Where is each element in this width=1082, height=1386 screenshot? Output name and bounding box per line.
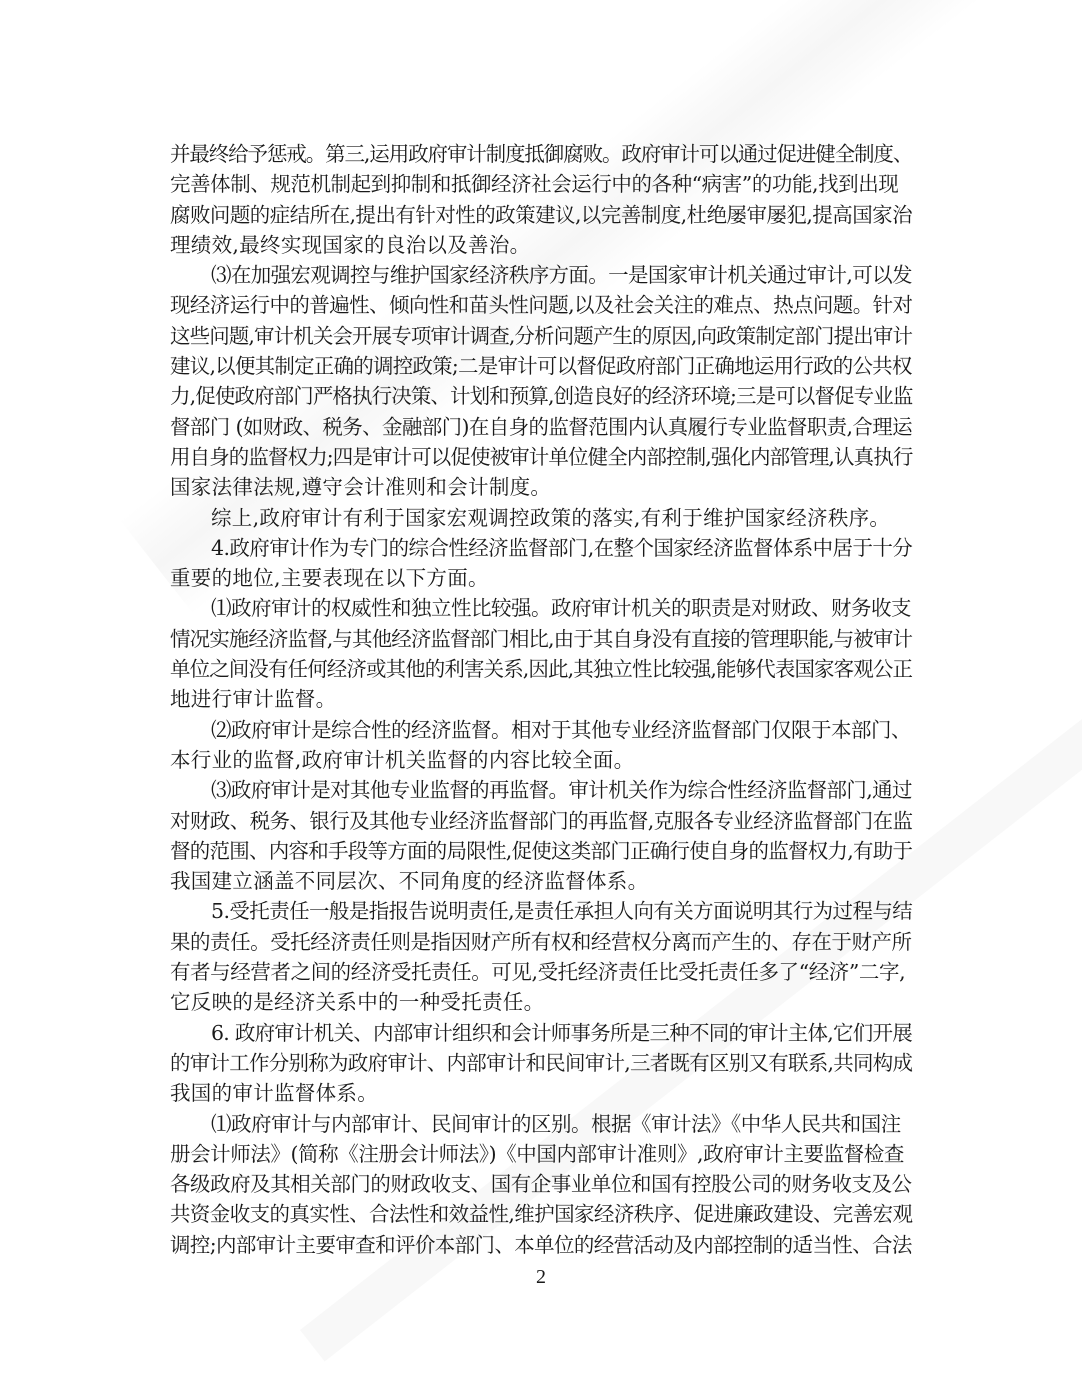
text-line: 现经济运行中的普遍性、倾向性和苗头性问题,以及社会关注的难点、热点问题。针对 bbox=[170, 290, 940, 320]
text-line: ⑶政府审计是对其他专业监督的再监督。审计机关作为综合性经济监督部门,通过 bbox=[170, 775, 940, 805]
text-line: 用自身的监督权力;四是审计可以促使被审计单位健全内部控制,强化内部管理,认真执行 bbox=[170, 442, 940, 472]
text-line: 建议,以便其制定正确的调控政策;二是审计可以督促政府部门正确地运用行政的公共权 bbox=[170, 351, 940, 381]
text-line: 完善体制、规范机制起到抑制和抵御经济社会运行中的各种“病害”的功能,找到出现 bbox=[170, 169, 940, 199]
text-line: 地进行审计监督。 bbox=[170, 684, 940, 714]
text-line: ⑵政府审计是综合性的经济监督。相对于其他专业经济监督部门仅限于本部门、 bbox=[170, 715, 940, 745]
text-line: 册会计师法》(简称《注册会计师法》)《中国内部审计准则》,政府审计主要监督检查 bbox=[170, 1139, 940, 1169]
document-page: 并最终给予惩戒。第三,运用政府审计制度抵御腐败。政府审计可以通过促进健全制度、完… bbox=[0, 0, 1082, 1386]
text-line: 各级政府及其相关部门的财政收支、国有企事业单位和国有控股公司的财务收支及公 bbox=[170, 1169, 940, 1199]
text-line: ⑴政府审计与内部审计、民间审计的区别。根据《审计法》《中华人民共和国注 bbox=[170, 1109, 940, 1139]
text-line: 它反映的是经济关系中的一种受托责任。 bbox=[170, 987, 940, 1017]
text-line: 6. 政府审计机关、内部审计组织和会计师事务所是三种不同的审计主体,它们开展 bbox=[170, 1018, 940, 1048]
text-line: 的审计工作分别称为政府审计、内部审计和民间审计,三者既有区别又有联系,共同构成 bbox=[170, 1048, 940, 1078]
text-line: 我国建立涵盖不同层次、不同角度的经济监督体系。 bbox=[170, 866, 940, 896]
text-line: 情况实施经济监督,与其他经济监督部门相比,由于其自身没有直接的管理职能,与被审计 bbox=[170, 624, 940, 654]
text-line: ⑴政府审计的权威性和独立性比较强。政府审计机关的职责是对财政、财务收支 bbox=[170, 593, 940, 623]
text-line: 综上,政府审计有利于国家宏观调控政策的落实,有利于维护国家经济秩序。 bbox=[170, 503, 940, 533]
text-line: ⑶在加强宏观调控与维护国家经济秩序方面。一是国家审计机关通过审计,可以发 bbox=[170, 260, 940, 290]
text-line: 有者与经营者之间的经济受托责任。可见,受托经济责任比受托责任多了“经济”二字, bbox=[170, 957, 940, 987]
text-line: 国家法律法规,遵守会计准则和会计制度。 bbox=[170, 472, 940, 502]
text-line: 并最终给予惩戒。第三,运用政府审计制度抵御腐败。政府审计可以通过促进健全制度、 bbox=[170, 139, 940, 169]
text-line: 4.政府审计作为专门的综合性经济监督部门,在整个国家经济监督体系中居于十分 bbox=[170, 533, 940, 563]
text-line: 重要的地位,主要表现在以下方面。 bbox=[170, 563, 940, 593]
text-line: 对财政、税务、银行及其他专业经济监督部门的再监督,克服各专业经济监督部门在监 bbox=[170, 806, 940, 836]
text-line: 督的范围、内容和手段等方面的局限性,促使这类部门正确行使自身的监督权力,有助于 bbox=[170, 836, 940, 866]
text-line: 这些问题,审计机关会开展专项审计调查,分析问题产生的原因,向政策制定部门提出审计 bbox=[170, 321, 940, 351]
text-line: 本行业的监督,政府审计机关监督的内容比较全面。 bbox=[170, 745, 940, 775]
text-line: 我国的审计监督体系。 bbox=[170, 1078, 940, 1108]
text-line: 腐败问题的症结所在,提出有针对性的政策建议,以完善制度,杜绝屡审屡犯,提高国家治 bbox=[170, 200, 940, 230]
text-line: 5.受托责任一般是指报告说明责任,是责任承担人向有关方面说明其行为过程与结 bbox=[170, 896, 940, 926]
text-line: 单位之间没有任何经济或其他的利害关系,因此,其独立性比较强,能够代表国家客观公正 bbox=[170, 654, 940, 684]
text-line: 共资金收支的真实性、合法性和效益性,维护国家经济秩序、促进廉政建设、完善宏观 bbox=[170, 1199, 940, 1229]
body-text: 并最终给予惩戒。第三,运用政府审计制度抵御腐败。政府审计可以通过促进健全制度、完… bbox=[170, 139, 940, 1260]
text-line: 力,促使政府部门严格执行决策、计划和预算,创造良好的经济环境;三是可以督促专业监 bbox=[170, 381, 940, 411]
text-line: 调控;内部审计主要审查和评价本部门、本单位的经营活动及内部控制的适当性、合法 bbox=[170, 1230, 940, 1260]
page-number: 2 bbox=[0, 1266, 1082, 1289]
text-line: 督部门 (如财政、税务、金融部门)在自身的监督范围内认真履行专业监督职责,合理运 bbox=[170, 412, 940, 442]
text-line: 果的责任。受托经济责任则是指因财产所有权和经营权分离而产生的、存在于财产所 bbox=[170, 927, 940, 957]
text-line: 理绩效,最终实现国家的良治以及善治。 bbox=[170, 230, 940, 260]
